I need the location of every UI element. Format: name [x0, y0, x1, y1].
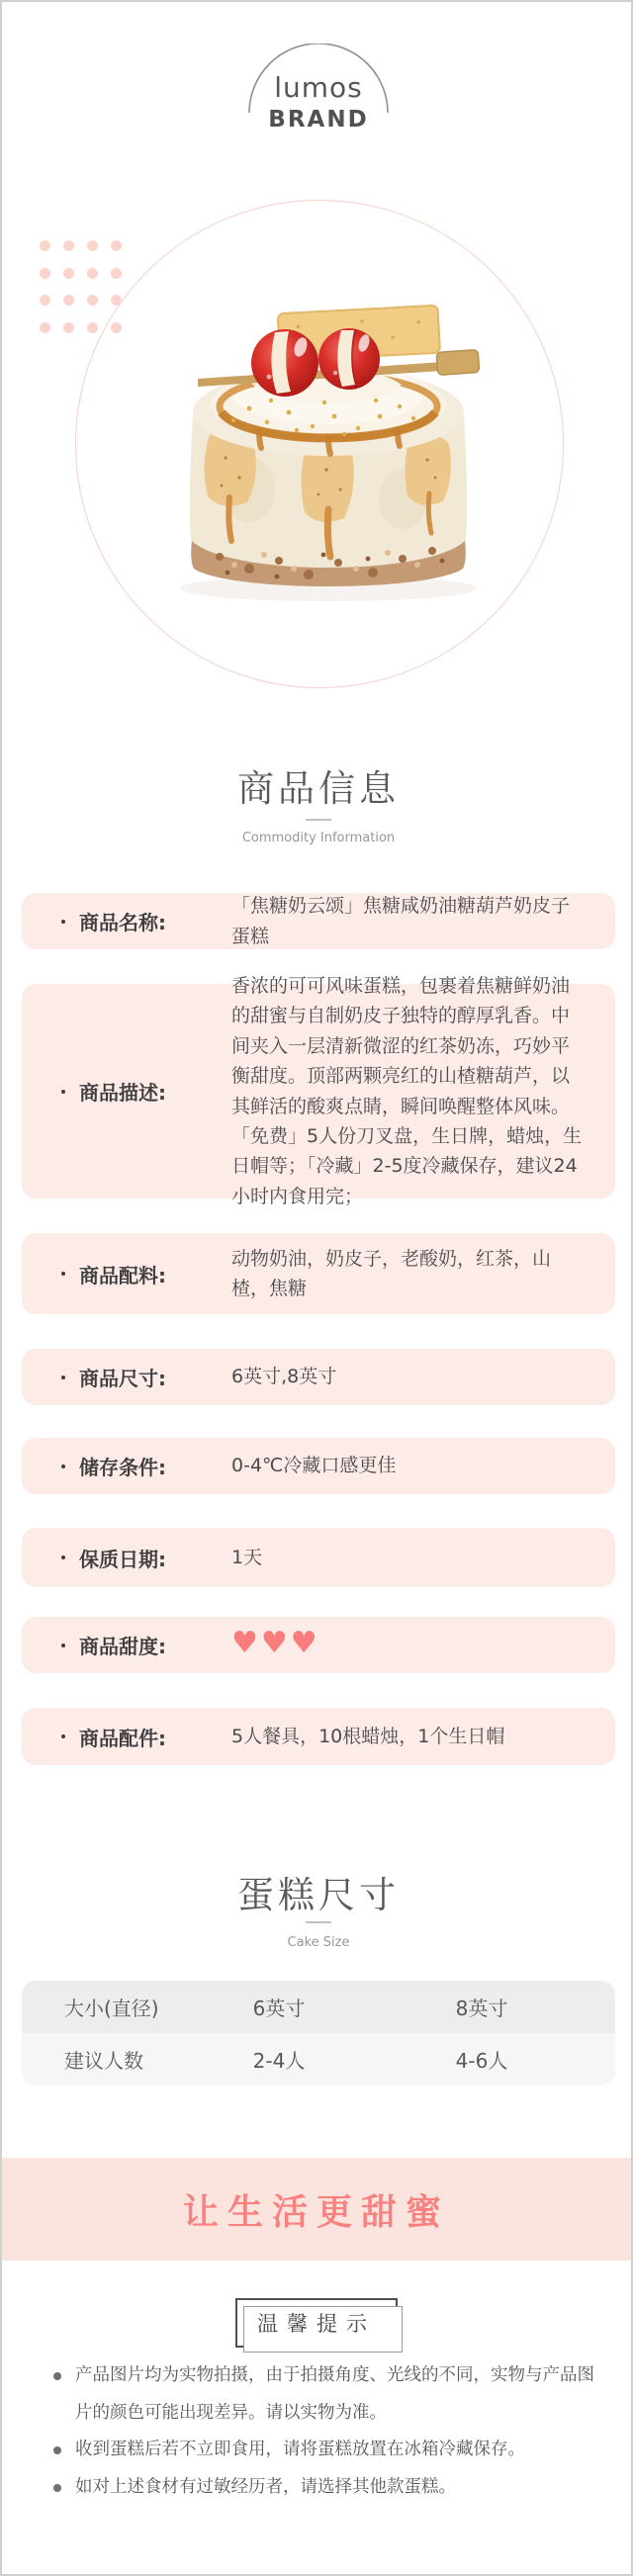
- sweetness-hearts-icon: ♥♥♥: [231, 1626, 320, 1660]
- section-subtitle-product-info: Commodity Information: [2, 831, 633, 845]
- brand-name-text: BRAND: [2, 107, 633, 133]
- table-row-servings: 建议人数 2-4人 4-6人: [22, 2033, 615, 2086]
- bullet-icon: [53, 2484, 61, 2492]
- info-row-description: 商品描述: 香浓的可可风味蛋糕，包裹着焦糖鲜奶油的甜蜜与自制奶皮子独特的醇厚乳香…: [22, 984, 615, 1199]
- slogan-text: 让生活更甜蜜: [183, 2184, 450, 2235]
- decor-dots-grid: [40, 240, 135, 349]
- table-cell: 2-4人: [200, 2045, 358, 2074]
- row-label: 商品描述:: [22, 1077, 231, 1106]
- info-row-sweetness: 商品甜度: ♥♥♥: [22, 1617, 615, 1673]
- bullet-icon: [61, 1555, 65, 1559]
- table-cell: 8英寸: [358, 1993, 615, 2021]
- row-label: 储存条件:: [22, 1452, 231, 1480]
- bullet-icon: [61, 1376, 65, 1379]
- info-row-product-name: 商品名称: 「焦糖奶云颂」焦糖咸奶油糖葫芦奶皮子蛋糕: [22, 893, 615, 949]
- bullet-icon: [61, 920, 65, 924]
- warm-tips-box: 温馨提示: [235, 2298, 398, 2348]
- info-row-storage: 储存条件: 0-4℃冷藏口感更佳: [22, 1438, 615, 1494]
- product-cake-image: [131, 193, 506, 618]
- info-row-ingredients: 商品配料: 动物奶油，奶皮子，老酸奶，红茶，山楂，焦糖: [22, 1233, 615, 1314]
- section-title-product-info: 商品信息: [2, 758, 633, 812]
- bullet-icon: [61, 1090, 65, 1094]
- row-label: 商品甜度:: [22, 1631, 231, 1659]
- row-value: 6英寸,8英寸: [231, 1362, 615, 1391]
- info-row-size: 商品尺寸: 6英寸,8英寸: [22, 1349, 615, 1405]
- row-value: 「焦糖奶云颂」焦糖咸奶油糖葫芦奶皮子蛋糕: [231, 891, 615, 951]
- bullet-icon: [53, 2446, 61, 2454]
- table-cell: 建议人数: [22, 2045, 200, 2074]
- row-value: ♥♥♥: [231, 1629, 615, 1661]
- bullet-icon: [53, 2372, 61, 2380]
- row-value: 香浓的可可风味蛋糕，包裹着焦糖鲜奶油的甜蜜与自制奶皮子独特的醇厚乳香。中间夹入一…: [231, 971, 615, 1211]
- table-cell: 大小(直径): [22, 1993, 200, 2021]
- bullet-icon: [61, 1272, 65, 1276]
- row-label: 商品配料:: [22, 1260, 231, 1288]
- row-value: 0-4℃冷藏口感更佳: [231, 1451, 615, 1480]
- warm-tips-list: 产品图片均为实物拍摄，由于拍摄角度、光线的不同，实物与产品图片的颜色可能出现差异…: [53, 2357, 595, 2507]
- info-row-accessories: 商品配件: 5人餐具，10根蜡烛，1个生日帽: [22, 1708, 615, 1765]
- row-label: 商品名称:: [22, 907, 231, 935]
- row-value: 1天: [231, 1543, 615, 1572]
- table-row-diameter: 大小(直径) 6英寸 8英寸: [22, 1981, 615, 2033]
- info-row-shelf-life: 保质日期: 1天: [22, 1528, 615, 1587]
- bullet-icon: [61, 1643, 65, 1647]
- cake-size-table: 大小(直径) 6英寸 8英寸 建议人数 2-4人 4-6人: [22, 1981, 615, 2086]
- row-label: 保质日期:: [22, 1544, 231, 1572]
- bullet-icon: [61, 1734, 65, 1738]
- tip-item: 收到蛋糕后若不立即食用，请将蛋糕放置在冰箱冷藏保存。: [53, 2432, 595, 2469]
- tip-item: 产品图片均为实物拍摄，由于拍摄角度、光线的不同，实物与产品图片的颜色可能出现差异…: [53, 2357, 595, 2432]
- table-cell: 6英寸: [200, 1993, 358, 2021]
- row-value: 动物奶油，奶皮子，老酸奶，红茶，山楂，焦糖: [231, 1244, 615, 1304]
- table-cell: 4-6人: [358, 2045, 615, 2074]
- tip-item: 如对上述食材有过敏经历者，请选择其他款蛋糕。: [53, 2469, 595, 2507]
- section-title-cake-size: 蛋糕尺寸: [2, 1865, 633, 1918]
- slogan-banner: 让生活更甜蜜: [2, 2158, 631, 2261]
- warm-tips-title: 温馨提示: [257, 2312, 376, 2336]
- section-subtitle-cake-size: Cake Size: [2, 1935, 633, 1950]
- row-value: 5人餐具，10根蜡烛，1个生日帽: [231, 1722, 615, 1751]
- row-label: 商品尺寸:: [22, 1363, 231, 1391]
- bullet-icon: [61, 1465, 65, 1468]
- title-underline: [306, 819, 331, 821]
- brand-logo-text: lumos: [2, 71, 633, 104]
- title-underline: [306, 1921, 331, 1923]
- row-label: 商品配件:: [22, 1723, 231, 1751]
- product-detail-page: lumos BRAND: [0, 0, 633, 2576]
